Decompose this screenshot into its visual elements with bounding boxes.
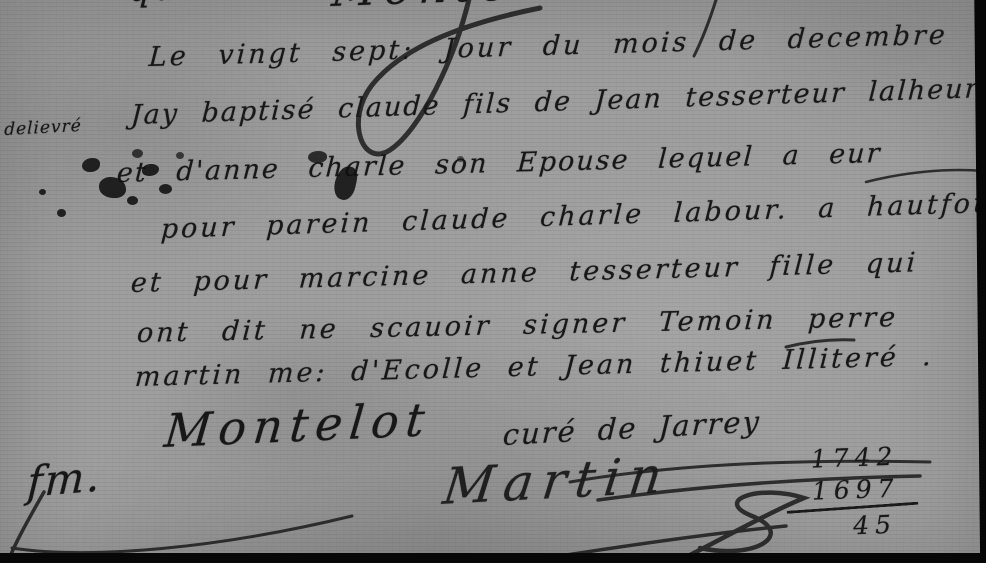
margin-note: delievré [4,116,82,140]
manuscript-line-4: pour parein claude charle labour. a haut… [160,187,986,245]
manuscript-page: quatre Montelot delievré Le vingt sept: … [0,0,986,563]
manuscript-line-6: ont dit ne scauoir signer Temoin perre [136,302,899,349]
secondary-signature: Martin [440,446,674,516]
ink-blot [457,156,464,162]
age-calculation: 1742 1697 45 [798,440,919,545]
priest-signature-title: curé de Jarrey [502,404,762,452]
bottom-left-note: fm. [26,451,103,507]
priest-signature: Montelot [162,392,434,458]
ink-blot [39,189,46,195]
top-cutoff-signature: Montelot [330,0,599,17]
manuscript-line-1: Le vingt sept: Jour du mois de decembre … [148,17,986,73]
ink-blot [159,184,172,194]
manuscript-line-3: et d'anne charle son Epouse lequel a eur [116,138,882,189]
top-cutoff-word: quatre [128,0,268,10]
ink-blot [132,149,143,158]
ink-blot [57,209,66,217]
ink-blot [127,196,138,205]
calc-result: 45 [801,507,920,545]
scan-edge-bottom [0,553,986,563]
ink-blot [176,152,184,159]
manuscript-line-2: Jay baptisé claude fils de Jean tesserte… [130,73,980,131]
ink-blot [99,177,126,198]
manuscript-line-7: martin me: d'Ecolle et Jean thiuet Illit… [134,341,935,393]
ink-blot [308,151,327,163]
ink-blot [82,158,100,172]
calc-minuend: 1742 [798,440,917,476]
manuscript-line-5: et pour marcine anne tesserteur fille qu… [130,247,919,299]
